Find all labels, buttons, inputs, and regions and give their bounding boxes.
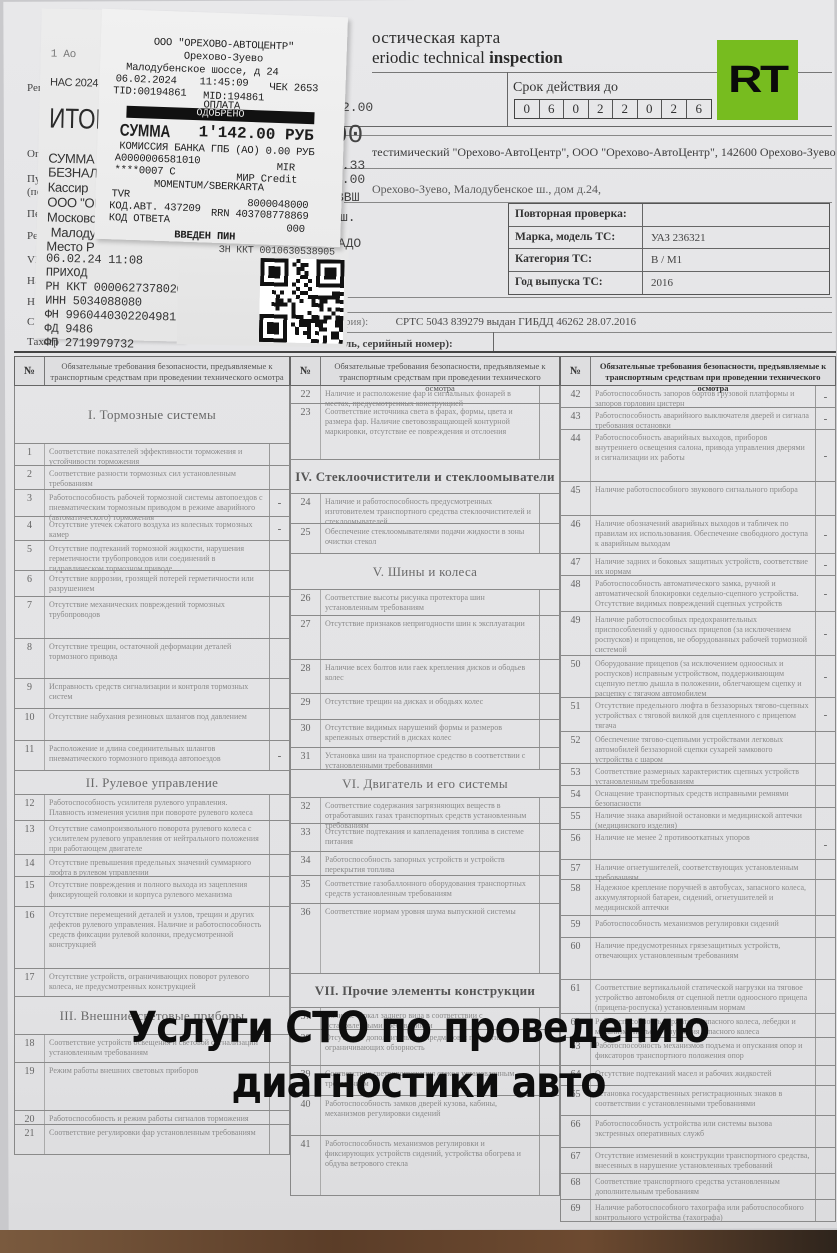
checklist-item-result: - bbox=[815, 612, 835, 655]
receipt-pin: ВВЕДЕН ПИН bbox=[174, 229, 235, 243]
checklist-item-number: 21 bbox=[15, 1125, 45, 1154]
checklist-item-result bbox=[269, 907, 289, 968]
checklist-item-result bbox=[815, 1014, 835, 1037]
checklist-item-text: Наличие работоспособного звукового сигна… bbox=[591, 482, 815, 515]
checklist-item-text: Работоспособность механизмов регулировки… bbox=[321, 1136, 539, 1195]
checklist-row: 3Работоспособность рабочей тормозной сис… bbox=[14, 490, 290, 517]
checklist-item-number: 26 bbox=[291, 590, 321, 615]
checklist-item-text: Надежное крепление поручней в автобусах,… bbox=[591, 880, 815, 915]
checklist-item-result bbox=[539, 852, 559, 875]
checklist-item-text: Отсутствие превышения предельных значени… bbox=[45, 855, 269, 876]
checklist-item-number: 50 bbox=[561, 656, 591, 697]
checklist-item-result bbox=[815, 482, 835, 515]
checklist-item-result bbox=[269, 795, 289, 820]
checklist-item-text: Работоспособность автоматического замка,… bbox=[591, 576, 815, 611]
checklist-item-result bbox=[815, 916, 835, 937]
checklist-item-text: Соответствие разности тормозных сил уста… bbox=[45, 466, 269, 489]
checklist-item-text: Оборудование прицепов (за исключением од… bbox=[591, 656, 815, 697]
receipt-line: ФП 2719979732 bbox=[44, 335, 134, 351]
checklist-row: 53Соответствие размерных характеристик с… bbox=[560, 764, 836, 786]
checklist-item-text: Работоспособность механизмов регулировки… bbox=[591, 916, 815, 937]
checklist-row: 27Отсутствие признаков непригодности шин… bbox=[290, 616, 560, 660]
registration-document: рия): СРТС 5043 839279 выдан ГИБДД 46262… bbox=[345, 316, 636, 328]
checklist-row: 10Отсутствие набухания резиновых шлангов… bbox=[14, 709, 290, 741]
checklist-item-text: Наличие и работоспособность предусмотрен… bbox=[321, 494, 539, 523]
date-digit: 6 bbox=[540, 100, 565, 118]
checklist-row: 13Отсутствие самопроизвольного поворота … bbox=[14, 821, 290, 855]
receipt-line: ФД 9486 bbox=[44, 321, 93, 336]
checklist-row: 47Наличие задних и боковых защитных устр… bbox=[560, 554, 836, 576]
checklist-item-result bbox=[539, 590, 559, 615]
receipt-line: 1 Ao bbox=[51, 49, 76, 62]
checklist-item-number: 1 bbox=[15, 444, 45, 465]
checklist-item-text: Оснащение транспортных средств исправным… bbox=[591, 786, 815, 807]
checklist-item-text: Работоспособность аварийного выключателя… bbox=[591, 408, 815, 429]
caption-line-2: диагностики авто bbox=[50, 1058, 787, 1108]
checklist-item-result bbox=[269, 571, 289, 596]
checklist-item-number: 46 bbox=[561, 516, 591, 553]
info-bottom-rule bbox=[14, 351, 836, 353]
receipt-time: 11:45:09 bbox=[199, 76, 248, 90]
checklist-item-number: 16 bbox=[15, 907, 45, 968]
checklist-item-number: 35 bbox=[291, 876, 321, 903]
checklist-item-result bbox=[815, 1086, 835, 1115]
date-digit: 0 bbox=[564, 100, 589, 118]
info-rule bbox=[344, 297, 832, 298]
checklist-item-result bbox=[269, 1125, 289, 1154]
checklist-row: 16Отсутствие перемещений деталей и узлов… bbox=[14, 907, 290, 969]
checklist-item-number: 45 bbox=[561, 482, 591, 515]
receipt-card-network: MIR bbox=[276, 162, 295, 175]
checklist-section-title: VI. Двигатель и его системы bbox=[290, 770, 560, 798]
date-digit: 6 bbox=[687, 100, 712, 118]
checklist-row: 2Соответствие разности тормозных сил уст… bbox=[14, 466, 290, 490]
checklist-item-number: 34 bbox=[291, 852, 321, 875]
checklist-item-number: 58 bbox=[561, 880, 591, 915]
checklist-row: 5Отсутствие подтеканий тормозной жидкост… bbox=[14, 541, 290, 571]
checklist-item-result: - bbox=[269, 741, 289, 770]
checklist-item-text: Соответствие показателей эффективности т… bbox=[45, 444, 269, 465]
wooden-table-edge bbox=[0, 1230, 837, 1253]
checklist-item-number: 25 bbox=[291, 524, 321, 553]
date-digit: 2 bbox=[613, 100, 638, 118]
checklist-item-result: - bbox=[815, 656, 835, 697]
organization-line: тестимический "Орехово-АвтоЦентр", ООО "… bbox=[372, 145, 836, 160]
info-rule bbox=[344, 312, 832, 313]
checklist-item-result bbox=[815, 860, 835, 879]
checklist-item-text: Наличие работоспособного тахографа или р… bbox=[591, 1200, 815, 1221]
receipt-check-number: ЧЕК 2653 bbox=[269, 82, 318, 96]
checklist-item-number: 8 bbox=[15, 639, 45, 678]
validity-date: 06022026 bbox=[514, 99, 712, 119]
checklist-row: 67Отсутствие изменений в конструкции тра… bbox=[560, 1148, 836, 1174]
checklist-item-text: Отсутствие подтекания и каплепадения топ… bbox=[321, 824, 539, 851]
checklist-row: 26Соответствие высоты рисунка протектора… bbox=[290, 590, 560, 616]
checklist-item-text: Отсутствие набухания резиновых шлангов п… bbox=[45, 709, 269, 740]
checklist-item-result bbox=[815, 1148, 835, 1173]
checklist-item-number: 30 bbox=[291, 720, 321, 747]
checklist-row: 32Соответствие содержания загрязняющих в… bbox=[290, 798, 560, 824]
checklist-item-result bbox=[269, 877, 289, 906]
checklist-item-result bbox=[539, 616, 559, 659]
checklist-item-number: 51 bbox=[561, 698, 591, 731]
serial-number-label: ль, серийный номер): bbox=[345, 338, 453, 350]
checklist-item-number: 69 bbox=[561, 1200, 591, 1221]
receipt-sum-label: СУММА bbox=[120, 120, 171, 142]
checklist-item-text: Отсутствие трещин на дисках и ободьях ко… bbox=[321, 694, 539, 719]
checklist-item-result bbox=[539, 386, 559, 403]
checklist-row: 7Отсутствие механических повреждений тор… bbox=[14, 597, 290, 639]
date-digit: 0 bbox=[515, 100, 540, 118]
checklist-row: 54Оснащение транспортных средств исправн… bbox=[560, 786, 836, 808]
checklist-item-text: Отсутствие утечек сжатого воздуха из кол… bbox=[45, 517, 269, 540]
checklist-row: 46Наличие обозначений аварийных выходов … bbox=[560, 516, 836, 554]
checklist-item-result bbox=[815, 1116, 835, 1147]
checklist-item-result bbox=[269, 679, 289, 708]
checklist-item-number: 11 bbox=[15, 741, 45, 770]
checklist-item-number: 24 bbox=[291, 494, 321, 523]
checklist-item-text: Отсутствие механических повреждений торм… bbox=[45, 597, 269, 638]
checklist-row: 55Наличие знака аварийной остановки и ме… bbox=[560, 808, 836, 830]
checklist-item-result bbox=[539, 494, 559, 523]
checklist-row: 57Наличие огнетушителей, соответствующих… bbox=[560, 860, 836, 880]
checklist-item-text: Отсутствие изменений в конструкции транс… bbox=[591, 1148, 815, 1173]
checklist-row: 50Оборудование прицепов (за исключением … bbox=[560, 656, 836, 698]
checklist-item-text: Соответствие содержания загрязняющих вещ… bbox=[321, 798, 539, 823]
checklist-item-number: 22 bbox=[291, 386, 321, 403]
checklist-item-text: Соответствие нормам уровня шума выпускно… bbox=[321, 904, 539, 973]
receipt-line: Москово bbox=[47, 210, 97, 226]
checklist-item-number: 56 bbox=[561, 830, 591, 859]
org-box-rule bbox=[344, 168, 832, 169]
checklist-item-number: 2 bbox=[15, 466, 45, 489]
checklist-row: 15Отсутствие повреждения и полного выход… bbox=[14, 877, 290, 907]
checklist-item-result bbox=[539, 1136, 559, 1195]
vehicle-info-value: B / M1 bbox=[643, 249, 829, 271]
document-title-en: eriodic technical inspection bbox=[372, 48, 563, 68]
checklist-row: 25Обеспечение стеклоомывателями подачи ж… bbox=[290, 524, 560, 554]
checklist-item-text: Работоспособность запорных устройств и у… bbox=[321, 852, 539, 875]
receipt-line: ПРИХОД bbox=[46, 266, 88, 281]
checklist-item-number: 4 bbox=[15, 517, 45, 540]
checklist-row: 31Установка шин на транспортное средство… bbox=[290, 748, 560, 770]
checklist-item-text: Обеспечение тягово-сцепными устройствами… bbox=[591, 732, 815, 763]
vehicle-info-row: Марка, модель ТС:УАЗ 236321 bbox=[509, 227, 829, 250]
checklist-item-result bbox=[815, 764, 835, 785]
checklist-row: 59Работоспособность механизмов регулиров… bbox=[560, 916, 836, 938]
header-rule bbox=[344, 126, 832, 127]
checklist-item-result bbox=[539, 904, 559, 973]
checklist-row: 56Наличие не менее 2 противооткатных упо… bbox=[560, 830, 836, 860]
vehicle-info-label: Год выпуска ТС: bbox=[509, 272, 643, 295]
checklist-item-number: 59 bbox=[561, 916, 591, 937]
checklist-item-result: - bbox=[815, 576, 835, 611]
checklist-item-text: Отсутствие подтеканий тормозной жидкости… bbox=[45, 541, 269, 570]
checklist-item-result: - bbox=[269, 490, 289, 516]
checklist-item-text: Работоспособность усилителя рулевого упр… bbox=[45, 795, 269, 820]
checklist-item-result bbox=[815, 1066, 835, 1085]
checklist-item-result bbox=[815, 1174, 835, 1199]
checklist-item-text: Отсутствие коррозии, грозящей потерей ге… bbox=[45, 571, 269, 596]
checklist-item-text: Наличие обозначений аварийных выходов и … bbox=[591, 516, 815, 553]
checklist-item-number: 53 bbox=[561, 764, 591, 785]
checklist-item-number: 13 bbox=[15, 821, 45, 854]
checklist-item-text: Отсутствие предельного люфта в беззазорн… bbox=[591, 698, 815, 731]
checklist-item-result: - bbox=[815, 830, 835, 859]
vehicle-info-row: Повторная проверка: bbox=[509, 204, 829, 227]
checklist-item-text: Наличие предусмотренных грязезащитных ус… bbox=[591, 938, 815, 979]
checklist-section-title: IV. Стеклоочистители и стеклоомыватели bbox=[290, 460, 560, 494]
checklist-item-number: 28 bbox=[291, 660, 321, 693]
checklist-item-number: 5 bbox=[15, 541, 45, 570]
checklist-item-number: 60 bbox=[561, 938, 591, 979]
checklist-item-number: 9 bbox=[15, 679, 45, 708]
header-divider bbox=[507, 72, 508, 127]
column-header: № Обязательные требования безопасности, … bbox=[290, 356, 560, 386]
checklist-item-result bbox=[815, 980, 835, 1013]
checklist-item-text: Отсутствие самопроизвольного поворота ру… bbox=[45, 821, 269, 854]
checklist-row: 68Соответствие транспортного средства ус… bbox=[560, 1174, 836, 1200]
receipt-card-mask: ****0007 С bbox=[114, 164, 175, 178]
checklist-item-number: 29 bbox=[291, 694, 321, 719]
checklist-item-number: 15 bbox=[15, 877, 45, 906]
receipt-partial-value: ш. bbox=[340, 210, 356, 225]
checklist-item-number: 67 bbox=[561, 1148, 591, 1173]
checklist-item-result: - bbox=[815, 386, 835, 407]
checklist-item-text: Отсутствие повреждения и полного выхода … bbox=[45, 877, 269, 906]
checklist-item-text: Соответствие высоты рисунка протектора ш… bbox=[321, 590, 539, 615]
checklist-section-title: II. Рулевое управление bbox=[14, 771, 290, 795]
checklist-item-result: - bbox=[815, 408, 835, 429]
checklist-item-number: 49 bbox=[561, 612, 591, 655]
checklist-item-result bbox=[269, 466, 289, 489]
checklist-item-result bbox=[269, 709, 289, 740]
checklist-item-result bbox=[539, 660, 559, 693]
checklist-item-text: Наличие не менее 2 противооткатных упоро… bbox=[591, 830, 815, 859]
document-title-ru: остическая карта bbox=[372, 28, 500, 48]
checklist-item-number: 55 bbox=[561, 808, 591, 829]
checklist-item-text: Установка шин на транспортное средство в… bbox=[321, 748, 539, 769]
checklist-row: 1Соответствие показателей эффективности … bbox=[14, 444, 290, 466]
checklist-item-result bbox=[539, 694, 559, 719]
checklist-item-result bbox=[539, 524, 559, 553]
receipt-response-label: КОД ОТВЕТА bbox=[109, 212, 170, 226]
checklist-row: 33Отсутствие подтекания и каплепадения т… bbox=[290, 824, 560, 852]
checklist-item-number: 19 bbox=[15, 1063, 45, 1110]
checklist-item-number: 32 bbox=[291, 798, 321, 823]
address-line: Орехово-Зуево, Малодубенское ш., дом д.2… bbox=[372, 182, 601, 197]
checklist-item-result bbox=[539, 404, 559, 459]
caption-line-1: Услуги СТО по проведению bbox=[50, 1003, 787, 1053]
checklist-item-result bbox=[269, 1111, 289, 1124]
checklist-row: 48Работоспособность автоматического замк… bbox=[560, 576, 836, 612]
checklist-item-result bbox=[269, 597, 289, 638]
checklist-item-text: Расположение и длина соединительных шлан… bbox=[45, 741, 269, 770]
checklist-row: 24Наличие и работоспособность предусмотр… bbox=[290, 494, 560, 524]
checklist-item-number: 44 bbox=[561, 430, 591, 481]
checklist-item-text: Соответствие регулировки фар установленн… bbox=[45, 1125, 269, 1154]
checklist-item-result bbox=[539, 798, 559, 823]
checklist-item-number: 33 bbox=[291, 824, 321, 851]
checklist-item-text: Работоспособность запоров бортов грузово… bbox=[591, 386, 815, 407]
receipt-line: Кассир bbox=[48, 180, 89, 196]
date-digit: 0 bbox=[638, 100, 663, 118]
checklist-item-result: - bbox=[815, 430, 835, 481]
checklist-item-text: Соответствие источника света в фарах, фо… bbox=[321, 404, 539, 459]
vehicle-info-label: Марка, модель ТС: bbox=[509, 227, 643, 249]
checklist-row: 14Отсутствие превышения предельных значе… bbox=[14, 855, 290, 877]
checklist-item-result bbox=[269, 969, 289, 996]
checklist-item-text: Отсутствие признаков непригодности шин к… bbox=[321, 616, 539, 659]
receipt-sum-value: 1'142.00 РУБ bbox=[198, 123, 314, 145]
checklist-item-text: Работоспособность рабочей тормозной сист… bbox=[45, 490, 269, 516]
info-rule bbox=[344, 332, 832, 333]
checklist-item-result: - bbox=[815, 516, 835, 553]
date-digit: 2 bbox=[662, 100, 687, 118]
receipt-card-name: MOMENTUM/SBERKARTA bbox=[154, 179, 264, 195]
checklist-item-result bbox=[815, 880, 835, 915]
checklist-item-number: 12 bbox=[15, 795, 45, 820]
checklist-section-title: I. Тормозные системы bbox=[14, 386, 290, 444]
checklist-row: 30Отсутствие видимых нарушений формы и р… bbox=[290, 720, 560, 748]
rt-logo: RT bbox=[717, 40, 798, 120]
checklist-item-result bbox=[269, 639, 289, 678]
checklist-item-text: Наличие знака аварийной остановки и меди… bbox=[591, 808, 815, 829]
receipt-partial-value: 2.00 bbox=[342, 100, 373, 115]
checklist-row: 20Работоспособность и режим работы сигна… bbox=[14, 1111, 290, 1125]
column-header: № Обязательные требования безопасности, … bbox=[14, 356, 290, 386]
checklist-item-result bbox=[815, 808, 835, 829]
receipt-line: ЗН ККТ 0010630538905 bbox=[219, 245, 335, 259]
checklist-row: 17Отсутствие устройств, ограничивающих п… bbox=[14, 969, 290, 997]
validity-label: Срок действия до bbox=[513, 80, 618, 96]
checklist-item-number: 52 bbox=[561, 732, 591, 763]
checklist-item-text: Наличие задних и боковых защитных устрой… bbox=[591, 554, 815, 575]
checklist-row: 49Наличие работоспособных предохранитель… bbox=[560, 612, 836, 656]
checklist-item-text: Исправность средств сигнализации и контр… bbox=[45, 679, 269, 708]
checklist-item-number: 20 bbox=[15, 1111, 45, 1124]
checklist-row: 60Наличие предусмотренных грязезащитных … bbox=[560, 938, 836, 980]
checklist-row: 42Работоспособность запоров бортов грузо… bbox=[560, 386, 836, 408]
checklist-item-number: 17 bbox=[15, 969, 45, 996]
checklist-row: 11Расположение и длина соединительных шл… bbox=[14, 741, 290, 771]
qr-code-icon bbox=[259, 258, 345, 344]
column-header: № Обязательные требования безопасности, … bbox=[560, 356, 836, 386]
rt-logo-text: RT bbox=[728, 59, 786, 102]
checklist-item-number: 47 bbox=[561, 554, 591, 575]
org-box-rule bbox=[344, 135, 832, 136]
checklist-item-number: 6 bbox=[15, 571, 45, 596]
checklist-item-number: 31 bbox=[291, 748, 321, 769]
checklist-item-result bbox=[815, 1038, 835, 1065]
checklist-row: 22Наличие и расположение фар и сигнальны… bbox=[290, 386, 560, 404]
vehicle-info-table: Повторная проверка:Марка, модель ТС:УАЗ … bbox=[508, 203, 830, 295]
checklist-item-result bbox=[539, 748, 559, 769]
checklist-item-number: 48 bbox=[561, 576, 591, 611]
checklist-item-number: 18 bbox=[15, 1035, 45, 1062]
date-digit: 2 bbox=[589, 100, 614, 118]
checklist-row: 34Работоспособность запорных устройств и… bbox=[290, 852, 560, 876]
checklist-item-number: 7 bbox=[15, 597, 45, 638]
checklist-item-text: Наличие всех болтов или гаек крепления д… bbox=[321, 660, 539, 693]
checklist-item-text: Соответствие транспортного средства уста… bbox=[591, 1174, 815, 1199]
checklist-item-result bbox=[269, 444, 289, 465]
checklist-item-text: Отсутствие перемещений деталей и узлов, … bbox=[45, 907, 269, 968]
checklist-row: 9Исправность средств сигнализации и конт… bbox=[14, 679, 290, 709]
vehicle-info-value: 2016 bbox=[643, 272, 829, 295]
checklist-item-number: 10 bbox=[15, 709, 45, 740]
checklist-item-result bbox=[815, 1200, 835, 1221]
checklist-item-text: Работоспособность и режим работы сигнало… bbox=[45, 1111, 269, 1124]
checklist-row: 28Наличие всех болтов или гаек крепления… bbox=[290, 660, 560, 694]
checklist-item-number: 14 bbox=[15, 855, 45, 876]
checklist-row: 4Отсутствие утечек сжатого воздуха из ко… bbox=[14, 517, 290, 541]
checklist-item-number: 3 bbox=[15, 490, 45, 516]
checklist-item-number: 43 bbox=[561, 408, 591, 429]
checklist-row: 23Соответствие источника света в фарах, … bbox=[290, 404, 560, 460]
vehicle-info-label: Повторная проверка: bbox=[509, 204, 643, 226]
vehicle-info-value: УАЗ 236321 bbox=[643, 227, 829, 249]
checklist-item-text: Соответствие размерных характеристик сце… bbox=[591, 764, 815, 785]
vehicle-info-label: Категория ТС: bbox=[509, 249, 643, 271]
checklist-row: 6Отсутствие коррозии, грозящей потерей г… bbox=[14, 571, 290, 597]
checklist-item-number: 36 bbox=[291, 904, 321, 973]
checklist-item-result bbox=[539, 824, 559, 851]
checklist-row: 69Наличие работоспособного тахографа или… bbox=[560, 1200, 836, 1222]
checklist-row: 8Отсутствие трещин, остаточной деформаци… bbox=[14, 639, 290, 679]
checklist-item-text: Работоспособность устройства или системы… bbox=[591, 1116, 815, 1147]
checklist-item-result bbox=[539, 876, 559, 903]
vehicle-info-row: Категория ТС:B / M1 bbox=[509, 249, 829, 272]
checklist-row: 51Отсутствие предельного люфта в беззазо… bbox=[560, 698, 836, 732]
checklist-row: 36Соответствие нормам уровня шума выпуск… bbox=[290, 904, 560, 974]
checklist-item-text: Обеспечение стеклоомывателями подачи жид… bbox=[321, 524, 539, 553]
checklist-item-text: Отсутствие устройств, ограничивающих пов… bbox=[45, 969, 269, 996]
checklist-item-result: - bbox=[269, 517, 289, 540]
checklist-item-result bbox=[815, 786, 835, 807]
payment-receipt: ООО "ОРЕХОВО-АВТОЦЕНТР" Орехово-Зуево Ма… bbox=[94, 9, 348, 247]
checklist-item-result bbox=[269, 855, 289, 876]
checklist-row: 35Соответствие газобаллонного оборудован… bbox=[290, 876, 560, 904]
checklist-item-number: 27 bbox=[291, 616, 321, 659]
checklist-item-number: 68 bbox=[561, 1174, 591, 1199]
checklist-item-text: Наличие и расположение фар и сигнальных … bbox=[321, 386, 539, 403]
checklist-item-result: - bbox=[815, 554, 835, 575]
checklist-row: 43Работоспособность аварийного выключате… bbox=[560, 408, 836, 430]
checklist-item-result bbox=[539, 720, 559, 747]
checklist-item-text: Наличие работоспособных предохранительны… bbox=[591, 612, 815, 655]
receipt-tvr-label: TVR bbox=[111, 188, 130, 201]
checklist-row: 21Соответствие регулировки фар установле… bbox=[14, 1125, 290, 1155]
checklist-item-result bbox=[815, 732, 835, 763]
checklist-row: 12Работоспособность усилителя рулевого у… bbox=[14, 795, 290, 821]
checklist-row: 45Наличие работоспособного звукового сиг… bbox=[560, 482, 836, 516]
receipt-rrn: RRN 403708778869 bbox=[211, 208, 309, 223]
receipt-line: НАС 2024 bbox=[50, 77, 98, 90]
checklist-item-text: Отсутствие трещин, остаточной деформации… bbox=[45, 639, 269, 678]
checklist-item-number: 66 bbox=[561, 1116, 591, 1147]
checklist-item-text: Наличие огнетушителей, соответствующих у… bbox=[591, 860, 815, 879]
receipt-response-value: 000 bbox=[286, 223, 305, 236]
checklist-row: 41Работоспособность механизмов регулиров… bbox=[290, 1136, 560, 1196]
checklist-row: 52Обеспечение тягово-сцепными устройства… bbox=[560, 732, 836, 764]
checklist-item-number: 57 bbox=[561, 860, 591, 879]
vehicle-info-value bbox=[643, 204, 829, 226]
checklist-item-number: 54 bbox=[561, 786, 591, 807]
checklist-row: 29Отсутствие трещин на дисках и ободьях … bbox=[290, 694, 560, 720]
checklist-item-number: 23 bbox=[291, 404, 321, 459]
checklist-item-result bbox=[269, 541, 289, 570]
